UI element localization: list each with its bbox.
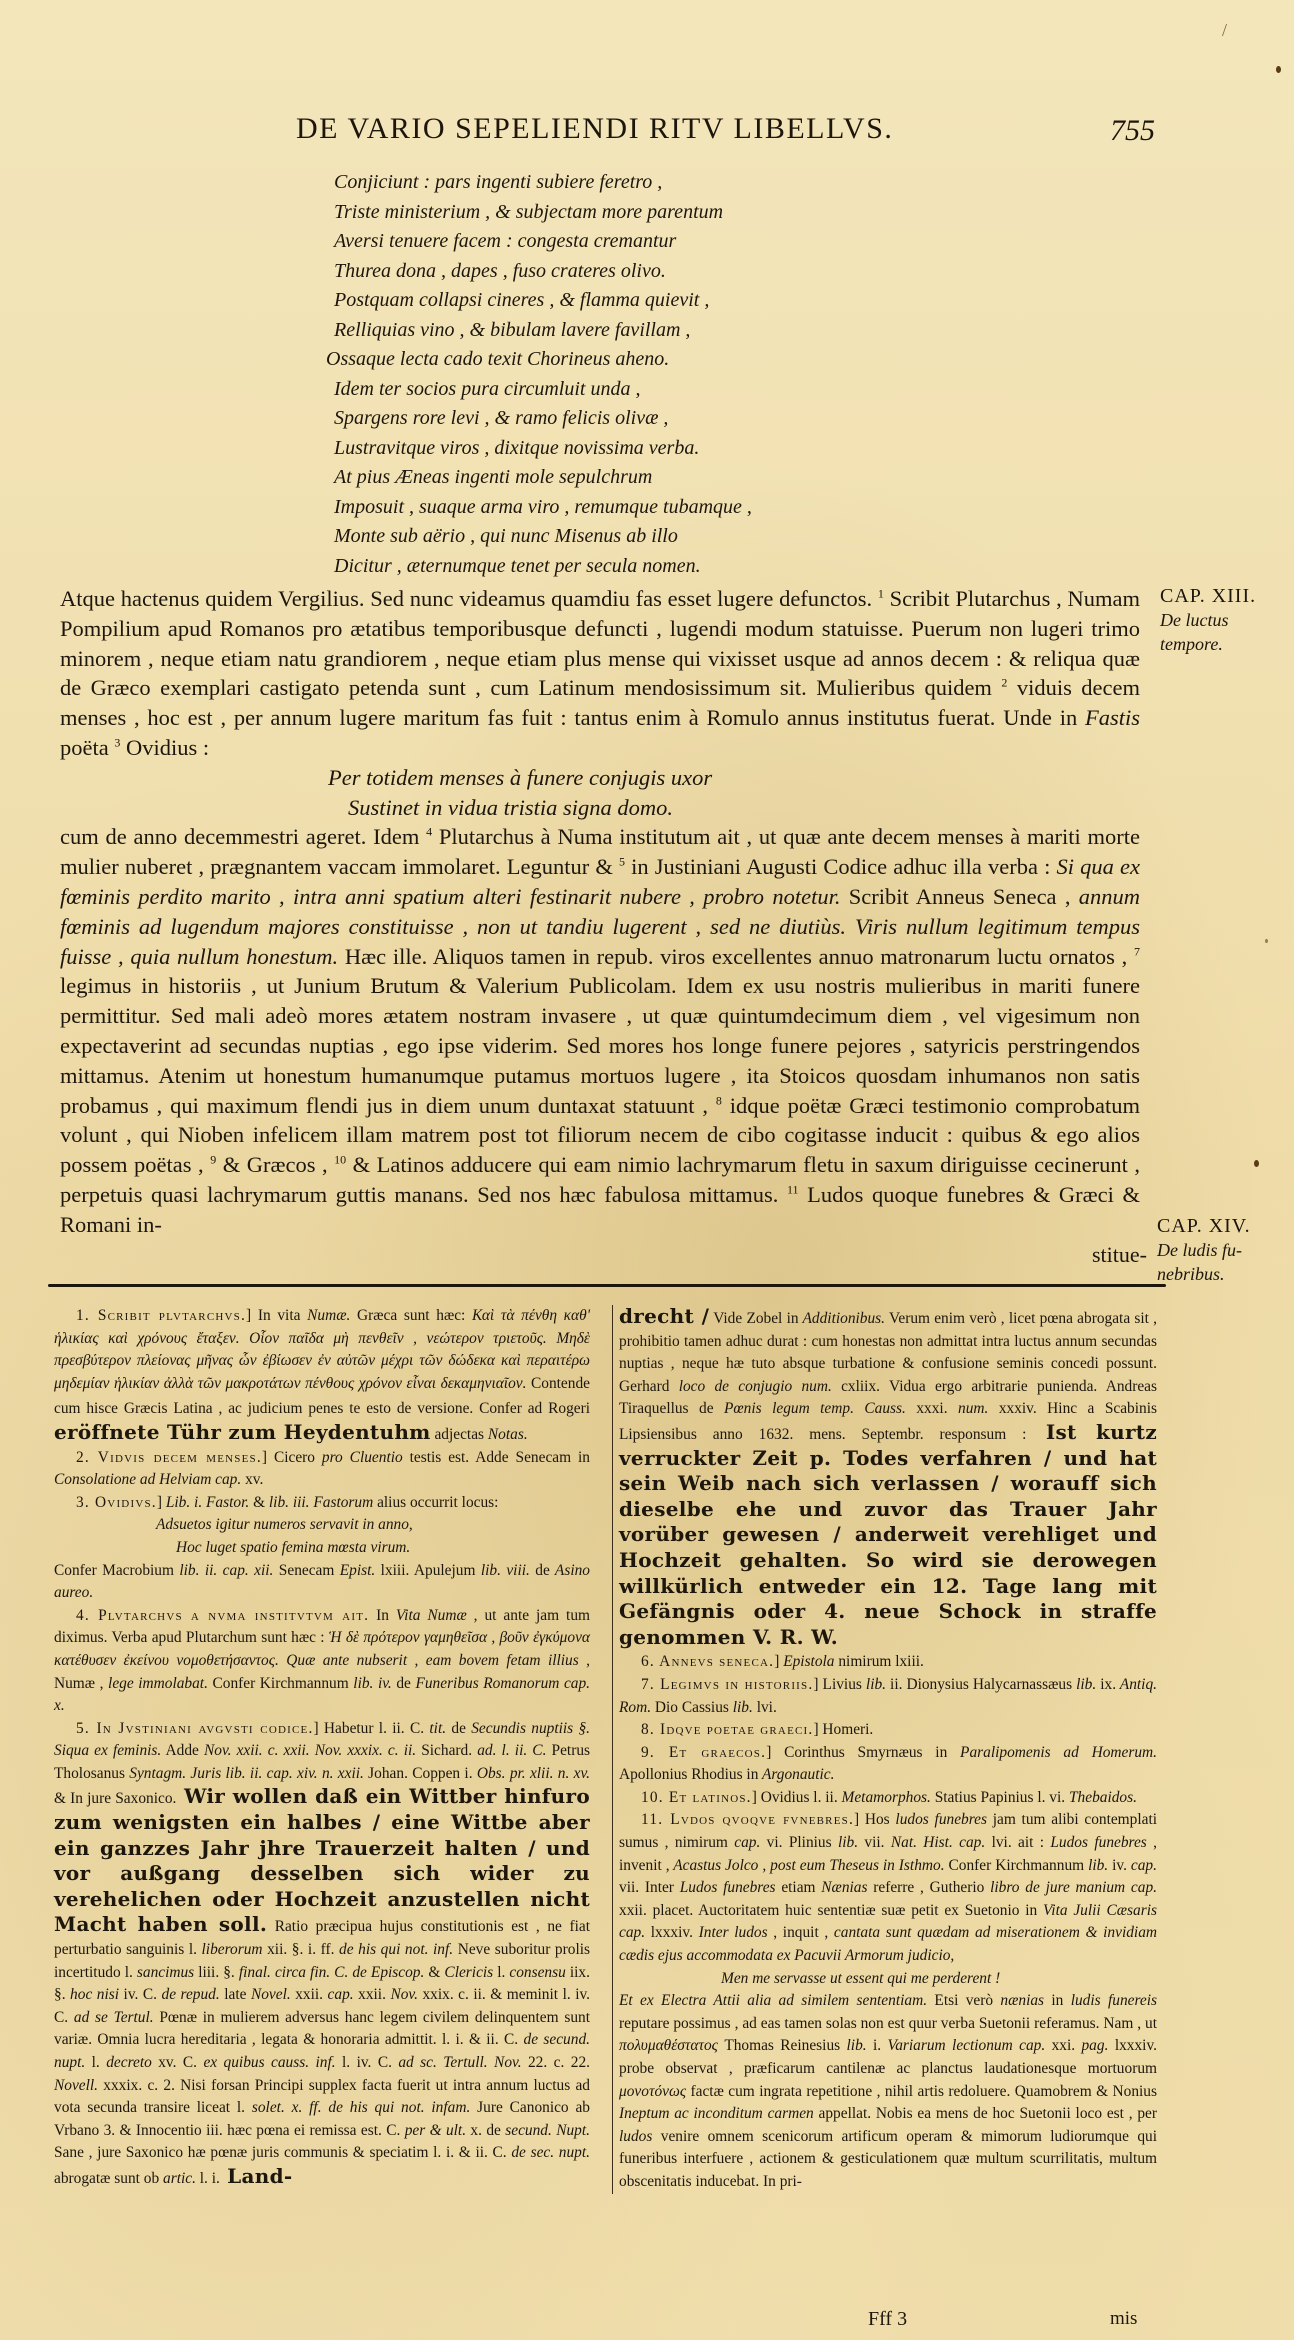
chapter-subtitle: De luctus [1160, 608, 1256, 632]
foxing-spot [1276, 66, 1281, 73]
verse-line: Spargens rore levi , & ramo felicis oliv… [334, 404, 894, 434]
main-text: Atque hactenus quidem Vergilius. Sed nun… [60, 584, 1140, 1240]
footnote-8: 8. Idqve poetae graeci.] Homeri. [619, 1719, 1157, 1742]
chapter-label: CAP. XIII. [1160, 584, 1256, 608]
footnote-2: 2. Vidvis decem menses.] Cicero pro Clue… [54, 1447, 590, 1492]
paragraph: Atque hactenus quidem Vergilius. Sed nun… [60, 584, 1140, 763]
verse-line: Aversi tenuere facem : congesta cremantu… [334, 227, 894, 257]
chapter-label: CAP. XIV. [1157, 1214, 1251, 1238]
verse-line: Thurea dona , dapes , fuso crateres oliv… [334, 257, 894, 287]
verse-line: Triste ministerium , & subjectam more pa… [334, 198, 894, 228]
german-fraktur-text: drecht / [619, 1304, 709, 1328]
footnote-5: 5. In Jvstiniani avgvsti codice.] Habetu… [54, 1718, 590, 2191]
corner-mark: / [1222, 20, 1227, 41]
german-fraktur-text: Ist kurtz verruckter Zeit p. Todes verfa… [619, 1420, 1157, 1649]
verse-line: Postquam collapsi cineres , & flamma qui… [334, 286, 894, 316]
footnote-lemma: 3. Ovidivs. [76, 1494, 157, 1511]
chapter-subtitle: De ludis fu- [1157, 1238, 1251, 1262]
margin-note-cap-xiv: CAP. XIV. De ludis fu- nebribus. [1157, 1214, 1251, 1286]
verse-line: Monte sub aërio , qui nunc Misenus ab il… [334, 522, 894, 552]
chapter-subtitle: tempore. [1160, 632, 1256, 656]
ovid-quote-line: Sustinet in vidua tristia signa domo. [60, 793, 1140, 823]
greek-text: πολυμαθέστατος [619, 2037, 718, 2054]
german-fraktur-text: Land- [220, 2164, 293, 2188]
catchword: mis [1110, 2308, 1137, 2330]
footnote-1: 1. Scribit plvtarchvs.] In vita Numæ. Gr… [54, 1305, 590, 1447]
greek-text: μονοτόνως [619, 2083, 686, 2100]
foxing-spot [1254, 1160, 1259, 1167]
footnote-lemma: 10. Et latinos. [641, 1789, 752, 1806]
footnotes-right-column: drecht / Vide Zobel in Additionibus. Ver… [612, 1305, 1157, 2194]
footnote-9: 9. Et graecos.] Corinthus Smyrnæus in Pa… [619, 1742, 1157, 1787]
footnote-lemma: 4. Plvtarchvs a nvma institvtvm ait. [76, 1607, 369, 1624]
footnote-ref[interactable]: 11 [787, 1182, 799, 1196]
verse-line: Relliquias vino , & bibulam lavere favil… [334, 316, 894, 346]
verse-line: Men me servasse ut essent qui me perdere… [619, 1968, 1157, 1991]
ovid-quote-line: Per totidem menses à funere conjugis uxo… [60, 763, 1140, 793]
chapter-subtitle: nebribus. [1157, 1262, 1251, 1286]
footnote-lemma: 11. Lvdos qvoqve fvnebres. [641, 1811, 854, 1828]
verse-line: Conjiciunt : pars ingenti subiere feretr… [334, 168, 894, 198]
footnote-divider-rule [48, 1284, 1166, 1287]
verse-line: Imposuit , suaque arma viro , remumque t… [334, 493, 894, 523]
footnote-11: 11. Lvdos qvoqve fvnebres.] Hos ludos fu… [619, 1809, 1157, 1967]
footnote-lemma: 9. Et graecos. [641, 1744, 766, 1761]
footnote-5-continued: drecht / Vide Zobel in Additionibus. Ver… [619, 1305, 1157, 1651]
german-fraktur-text: eröffnete Tühr zum Heydentuhm [54, 1420, 431, 1444]
verse-line: Hoc luget spatio femina mœsta virum. [54, 1537, 590, 1560]
footnote-lemma: 6. Annevs seneca. [641, 1653, 774, 1670]
verse-line: Adsuetos igitur numeros servavit in anno… [54, 1514, 590, 1537]
hanging-word: stitue- [1092, 1242, 1147, 1268]
footnote-lemma: 1. Scribit plvtarchvs. [76, 1307, 246, 1324]
footnotes-left-column: 1. Scribit plvtarchvs.] In vita Numæ. Gr… [54, 1305, 590, 2191]
verse-line: Dicitur , æternumque tenet per secula no… [334, 552, 894, 582]
verse-line: Idem ter socios pura circumluit unda , [334, 375, 894, 405]
footnote-lemma: 2. Vidvis decem menses. [76, 1449, 262, 1466]
page-number: 755 [1110, 114, 1155, 148]
footnote-10: 10. Et latinos.] Ovidius l. ii. Metamorp… [619, 1787, 1157, 1810]
verse-line: Ossaque lecta cado texit Chorineus aheno… [326, 345, 894, 375]
book-page: / DE VARIO SEPELIENDI RITV LIBELLVS. 755… [0, 0, 1294, 2340]
footnote-7: 7. Legimvs in historiis.] Livius lib. ii… [619, 1674, 1157, 1719]
vergil-verse-block: Conjiciunt : pars ingenti subiere feretr… [334, 168, 894, 581]
printer-signature: Fff 3 [868, 2308, 907, 2331]
margin-note-cap-xiii: CAP. XIII. De luctus tempore. [1160, 584, 1256, 656]
footnote-3: 3. Ovidivs.] Lib. i. Fastor. & lib. iii.… [54, 1492, 590, 1515]
foxing-spot [1265, 939, 1268, 943]
footnote-lemma: 5. In Jvstiniani avgvsti codice. [76, 1720, 314, 1737]
running-title: DE VARIO SEPELIENDI RITV LIBELLVS. [296, 112, 893, 146]
footnote-6: 6. Annevs seneca.] Epistola nimirum lxii… [619, 1651, 1157, 1674]
footnote-lemma: 7. Legimvs in historiis. [641, 1676, 813, 1693]
verse-line: Lustravitque viros , dixitque novissima … [334, 434, 894, 464]
paragraph: cum de anno decemmestri ageret. Idem 4 P… [60, 822, 1140, 1239]
footnote-ref[interactable]: 7 [1134, 944, 1140, 958]
footnote-ref[interactable]: 10 [334, 1153, 346, 1167]
footnote-4: 4. Plvtarchvs a nvma institvtvm ait. In … [54, 1605, 590, 1718]
verse-line: At pius Æneas ingenti mole sepulchrum [334, 463, 894, 493]
footnote-lemma: 8. Idqve poetae graeci. [641, 1721, 813, 1738]
